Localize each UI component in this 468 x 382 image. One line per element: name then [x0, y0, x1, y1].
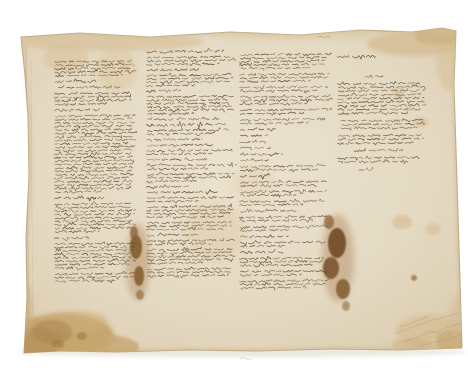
photo-backdrop — [0, 0, 468, 382]
stray-pencil-mark — [240, 358, 252, 360]
manuscript-leaf-photo — [0, 0, 468, 382]
paper-grain-texture — [15, 22, 468, 362]
paper-surface — [4, 22, 468, 362]
